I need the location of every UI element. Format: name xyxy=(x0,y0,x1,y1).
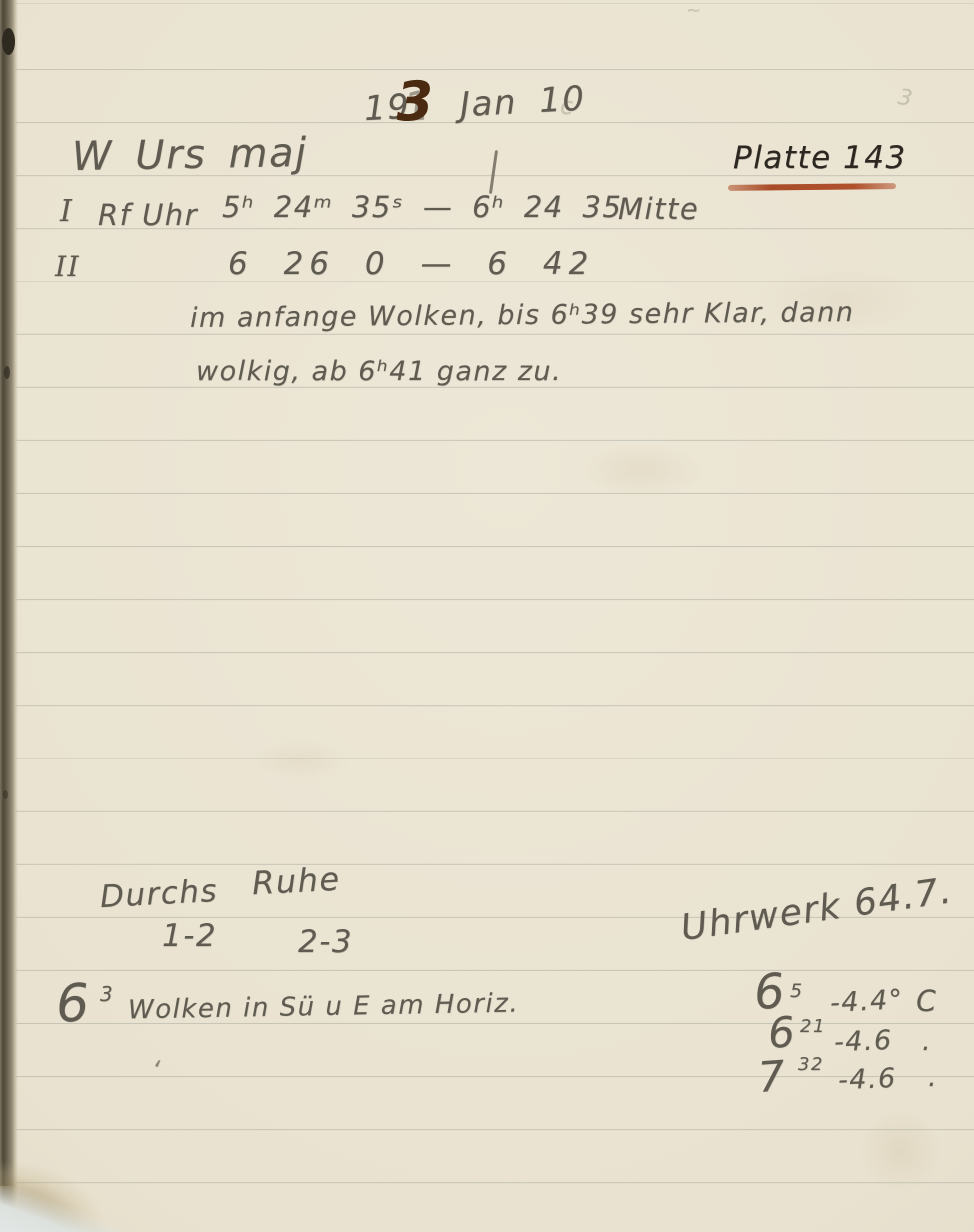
column-value-2-3: 2-3 xyxy=(298,924,353,960)
temp-row1-minute: 5 xyxy=(790,980,804,1002)
column-header-ruhe: Ruhe xyxy=(251,860,341,903)
plate-label: Platte 143 xyxy=(733,140,907,176)
stray-comma: ʻ xyxy=(152,1056,162,1086)
temp-row1-value: -4.4° xyxy=(829,984,904,1019)
temp-row3-hour: 7 xyxy=(756,1051,788,1102)
exposure-2-numeral: II xyxy=(55,250,80,283)
temp-row3-dot: . xyxy=(928,1062,938,1093)
horizon-note-hour: 6 xyxy=(55,973,92,1034)
date-overwritten-digit: 3 xyxy=(395,69,436,133)
temp-row3-minute: 32 xyxy=(798,1054,824,1075)
object-name: W Urs maj xyxy=(72,130,308,180)
horizon-note-hour-sup: 3 xyxy=(100,982,114,1006)
binding-spot xyxy=(4,366,10,379)
logbook-page: 19 1 3 Jan 10 ∼ c 3 W Urs maj Platte 143… xyxy=(0,0,974,1232)
exposure-1-clock-label: Rf Uhr xyxy=(98,198,198,232)
weather-note-line2: wolkig, ab 6ʰ41 ganz zu. xyxy=(196,356,562,387)
binding-spot xyxy=(2,28,15,55)
stray-faint-mid: c xyxy=(560,92,575,120)
under-page-corner xyxy=(0,1186,120,1232)
stray-top-squiggle: ∼ xyxy=(686,0,703,21)
temp-row2-dot: . xyxy=(922,1026,932,1057)
exposure-1-remark: Mitte xyxy=(618,192,699,226)
temp-row2-value: -4.6 xyxy=(833,1025,893,1058)
exposure-2-interval: 6 26 0 — 6 42 xyxy=(228,246,594,282)
binding-spot xyxy=(3,790,8,799)
column-value-1-2: 1-2 xyxy=(162,918,217,954)
weather-note-line1: im anfange Wolken, bis 6ʰ39 sehr Klar, d… xyxy=(190,297,855,334)
exposure-1-interval: 5ʰ 24ᵐ 35ˢ — 6ʰ 24 35 xyxy=(222,190,622,224)
column-header-durchs: Durchs xyxy=(99,873,219,915)
temp-row3-value: -4.6 xyxy=(837,1063,897,1096)
temp-row2-minute: 21 xyxy=(800,1016,826,1037)
temp-row1-unit: C xyxy=(915,983,938,1018)
exposure-1-numeral: I xyxy=(60,194,73,229)
binding-edge xyxy=(0,0,18,1232)
